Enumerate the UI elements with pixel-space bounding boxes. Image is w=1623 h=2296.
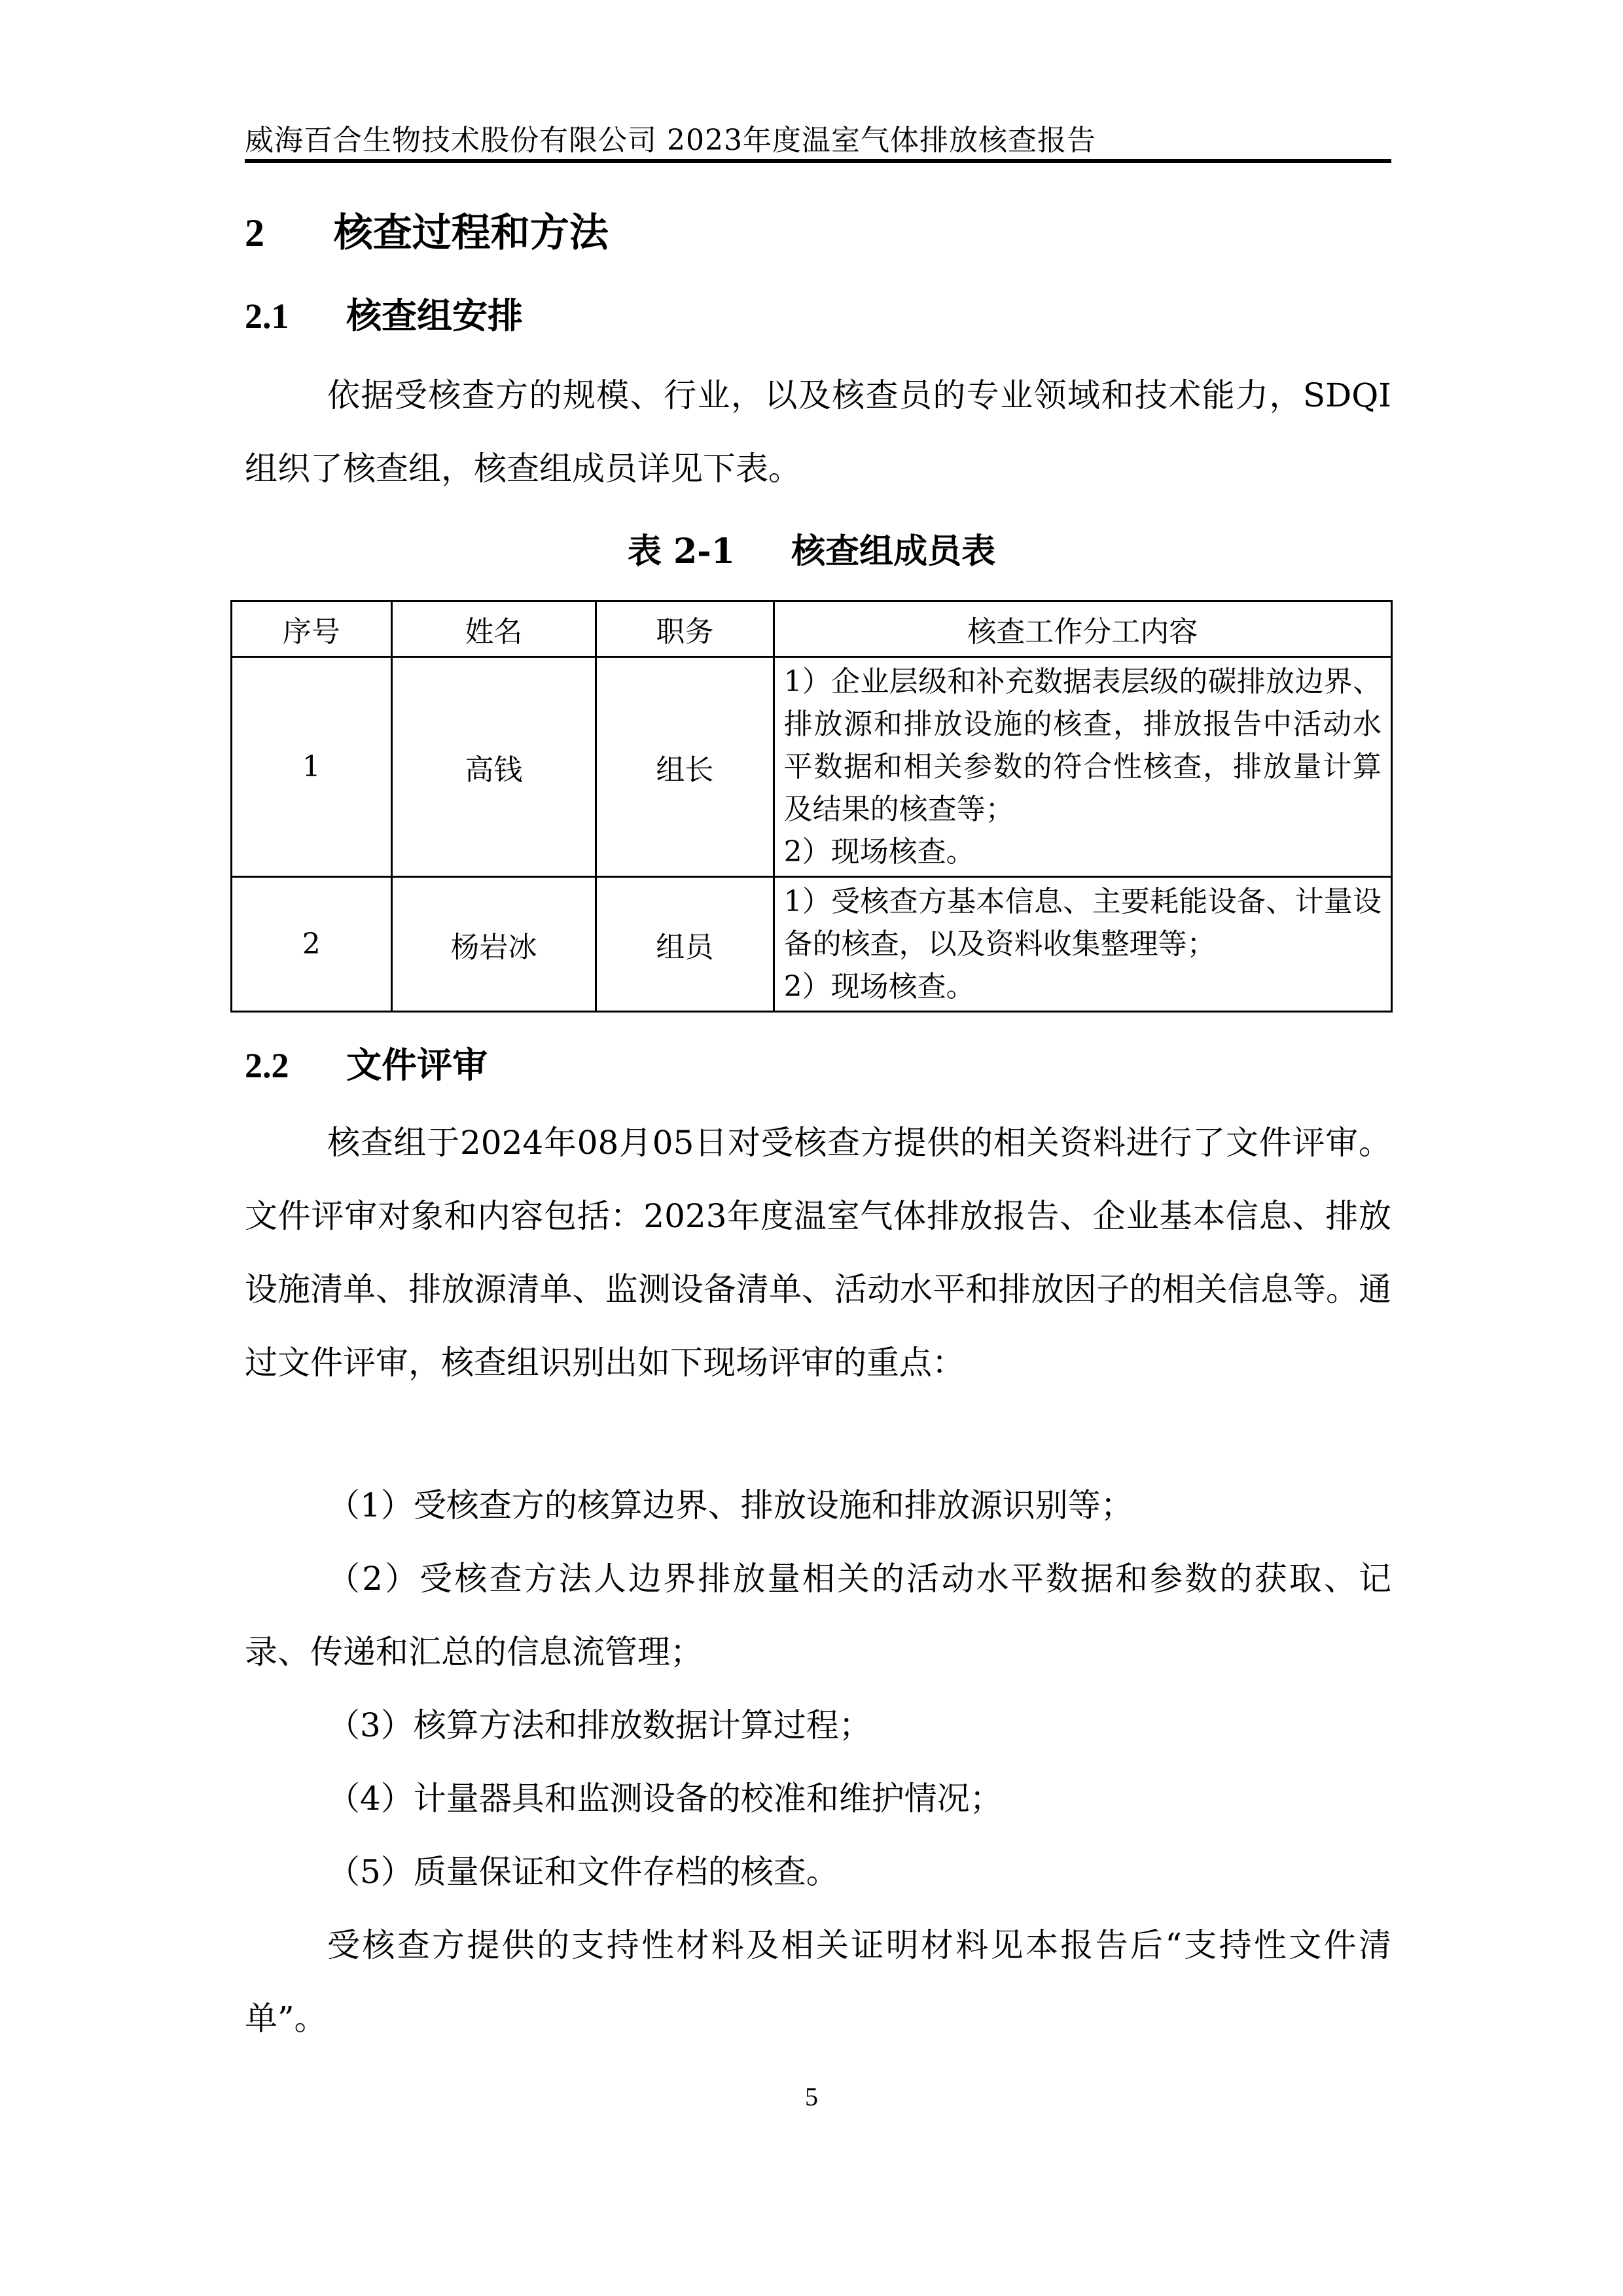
review-item-1: （1）受核查方的核算边界、排放设施和排放源识别等； bbox=[245, 1469, 1391, 1542]
duty-item: 1）受核查方基本信息、主要耗能设备、计量设备的核查，以及资料收集整理等； bbox=[784, 880, 1382, 965]
cell-duties: 1）受核查方基本信息、主要耗能设备、计量设备的核查，以及资料收集整理等； 2）现… bbox=[774, 877, 1391, 1012]
table-caption-title: 核查组成员表 bbox=[791, 531, 995, 571]
table-caption-number: 表 2-1 bbox=[628, 531, 735, 571]
running-header: 威海百合生物技术股份有限公司 2023年度温室气体排放核查报告 bbox=[245, 117, 1096, 158]
review-item-4: （4）计量器具和监测设备的校准和维护情况； bbox=[245, 1762, 1391, 1835]
duty-item: 2）现场核查。 bbox=[784, 831, 1382, 873]
cell-name: 高钱 bbox=[391, 657, 596, 877]
column-header-index: 序号 bbox=[232, 601, 392, 657]
section-title: 核查过程和方法 bbox=[334, 210, 609, 256]
review-item-3: （3）核算方法和排放数据计算过程； bbox=[245, 1689, 1391, 1762]
cell-index: 1 bbox=[232, 657, 392, 877]
review-item-2: （2）受核查方法人边界排放量相关的活动水平数据和参数的获取、记录、传递和汇总的信… bbox=[245, 1542, 1391, 1689]
review-item-5: （5）质量保证和文件存档的核查。 bbox=[245, 1835, 1391, 1909]
table-row: 1 高钱 组长 1）企业层级和补充数据表层级的碳排放边界、排放源和排放设施的核查… bbox=[232, 657, 1392, 877]
subsection-number: 2.1 bbox=[245, 296, 289, 336]
table-header-row: 序号 姓名 职务 核查工作分工内容 bbox=[232, 601, 1392, 657]
table-row: 2 杨岩冰 组员 1）受核查方基本信息、主要耗能设备、计量设备的核查，以及资料收… bbox=[232, 877, 1392, 1012]
duty-item: 1）企业层级和补充数据表层级的碳排放边界、排放源和排放设施的核查，排放报告中活动… bbox=[784, 660, 1382, 831]
column-header-role: 职务 bbox=[596, 601, 774, 657]
page-number: 5 bbox=[0, 2081, 1623, 2112]
subsection-heading-2-1: 2.1 核查组安排 bbox=[245, 288, 523, 338]
subsection-title: 文件评审 bbox=[346, 1044, 488, 1086]
paragraph-team-arrangement: 依据受核查方的规模、行业，以及核查员的专业领域和技术能力，SDQI组织了核查组，… bbox=[245, 359, 1391, 505]
header-divider bbox=[245, 159, 1391, 163]
subsection-number: 2.2 bbox=[245, 1045, 289, 1086]
cell-name: 杨岩冰 bbox=[391, 877, 596, 1012]
column-header-duties: 核查工作分工内容 bbox=[774, 601, 1391, 657]
duty-item: 2）现场核查。 bbox=[784, 965, 1382, 1008]
subsection-title: 核查组安排 bbox=[346, 295, 523, 336]
paragraph-document-review: 核查组于2024年08月05日对受核查方提供的相关资料进行了文件评审。文件评审对… bbox=[245, 1106, 1391, 1399]
section-number: 2 bbox=[245, 211, 264, 256]
section-heading: 2 核查过程和方法 bbox=[245, 202, 609, 258]
cell-role: 组长 bbox=[596, 657, 774, 877]
table-caption: 表 2-1 核查组成员表 bbox=[0, 524, 1623, 573]
team-members-table: 序号 姓名 职务 核查工作分工内容 1 高钱 组长 1）企业层级和补充数据表层级… bbox=[230, 600, 1393, 1013]
column-header-name: 姓名 bbox=[391, 601, 596, 657]
subsection-heading-2-2: 2.2 文件评审 bbox=[245, 1037, 488, 1088]
paragraph-supporting-materials: 受核查方提供的支持性材料及相关证明材料见本报告后“支持性文件清单”。 bbox=[245, 1909, 1391, 2055]
cell-index: 2 bbox=[232, 877, 392, 1012]
cell-role: 组员 bbox=[596, 877, 774, 1012]
cell-duties: 1）企业层级和补充数据表层级的碳排放边界、排放源和排放设施的核查，排放报告中活动… bbox=[774, 657, 1391, 877]
